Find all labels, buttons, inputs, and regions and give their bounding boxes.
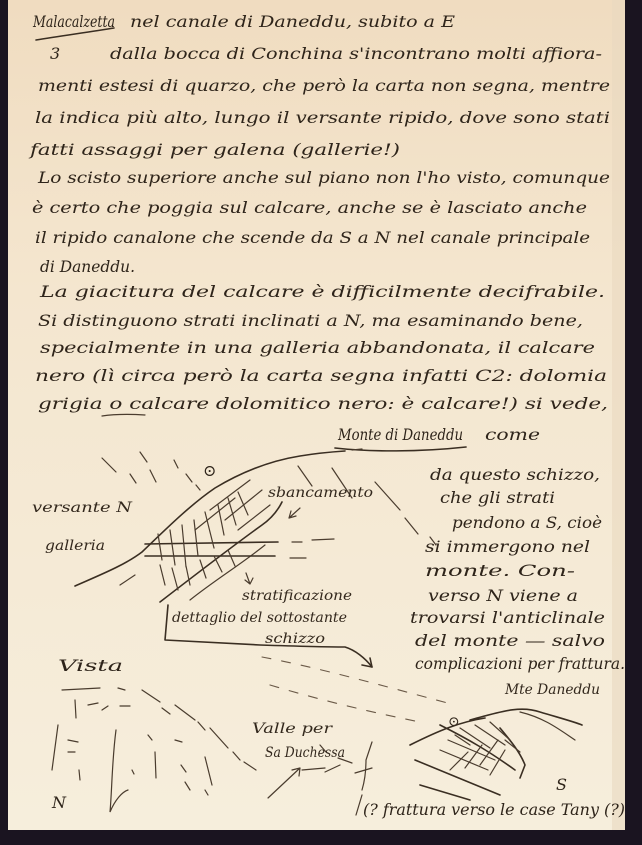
body-line: La giacitura del calcare è difficilmente…	[39, 282, 605, 301]
label-versante: versante N	[32, 500, 133, 516]
body-line: fatti assaggi per galena (gallerie!)	[29, 140, 400, 159]
signature-place: Mte Daneddu	[504, 682, 600, 698]
manuscript-page: Malacalzetta 3 nel canale di Daneddu, su…	[0, 0, 642, 845]
right-line: verso N viene a	[428, 586, 578, 605]
compass-south-label: S	[556, 775, 567, 794]
body-line: menti estesi di quarzo, che però la cart…	[38, 76, 610, 95]
label-galleria: galleria	[45, 538, 105, 554]
right-line: trovarsi l'anticlinale	[410, 608, 605, 627]
body-line: di Daneddu.	[40, 257, 135, 276]
compass-north-label: N	[51, 793, 67, 812]
right-line: monte. Con-	[425, 561, 575, 580]
page-heading: Malacalzetta	[32, 12, 115, 31]
right-line: da questo schizzo,	[430, 465, 600, 484]
right-line: del monte — salvo	[415, 631, 605, 650]
sun-symbol: ⊙	[203, 461, 216, 480]
label-schizzo: schizzo	[265, 631, 325, 647]
body-line: grigia o calcare dolomitico nero: è calc…	[38, 394, 608, 413]
body-line: il ripido canalone che scende da S a N n…	[35, 228, 590, 247]
body-line: è certo che poggia sul calcare, anche se…	[32, 198, 587, 217]
paper-edge-shadow	[612, 0, 625, 830]
label-valle-2: Sa Duchessa	[265, 745, 345, 761]
body-line: specialmente in una galleria abbandonata…	[40, 338, 595, 357]
body-line: la indica più alto, lungo il versante ri…	[35, 108, 610, 127]
body-line: nero (lì circa però la carta segna infat…	[35, 366, 607, 385]
sketch-caption: (? frattura verso le case Tany (?)	[363, 800, 625, 819]
right-line: pendono a S, cioè	[452, 513, 602, 532]
body-line: nel canale di Daneddu, subito a E	[130, 12, 455, 31]
margin-number: 3	[50, 44, 60, 63]
label-vista: Vista	[58, 656, 123, 675]
right-line: come	[485, 425, 540, 444]
label-valle-1: Valle per	[252, 721, 334, 737]
label-stratificazione: stratificazione	[242, 588, 352, 604]
label-dettaglio: dettaglio del sottostante	[172, 610, 347, 626]
body-line: Si distinguono strati inclinati a N, ma …	[38, 311, 583, 330]
right-line: si immergono nel	[425, 537, 590, 556]
right-line: che gli strati	[440, 488, 555, 507]
right-line: complicazioni per frattura.	[415, 654, 625, 673]
body-line: Lo scisto superiore anche sul piano non …	[37, 168, 610, 187]
body-line: dalla bocca di Conchina s'incontrano mol…	[110, 44, 602, 63]
place-name-monte-daneddu: Monte di Daneddu	[337, 425, 463, 444]
label-sbancamento: sbancamento	[268, 485, 373, 501]
